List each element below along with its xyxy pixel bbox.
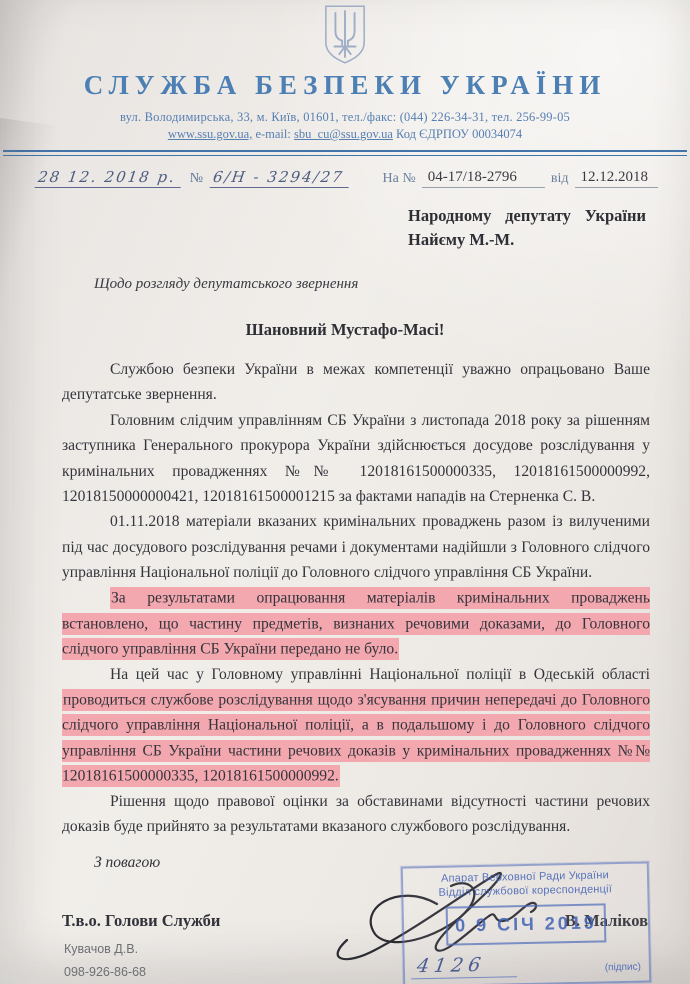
org-address: вул. Володимирська, 33, м. Київ, 01601, … bbox=[0, 110, 690, 125]
registration-stamp: Апарат Верховної Ради України Відділ слу… bbox=[401, 861, 651, 984]
number-sign: № bbox=[190, 171, 203, 188]
highlighted-text-2: проводиться службове розслідування щодо … bbox=[62, 689, 650, 787]
handwritten-outgoing-number: 6/Н - 3294/27 bbox=[210, 168, 351, 188]
stamp-bottom-row: 4126 (підпис) bbox=[411, 951, 643, 980]
stamp-signature-label: (підпис) bbox=[605, 962, 641, 976]
paragraph-1: Службою безпеки України в межах компетен… bbox=[62, 357, 650, 408]
reply-date-label: від bbox=[551, 171, 569, 188]
executor-phone: 098-926-86-68 bbox=[64, 961, 146, 984]
paragraph-6: Рішення щодо правової оцінки за обставин… bbox=[62, 789, 650, 840]
org-website: www.ssu.gov.ua, bbox=[168, 127, 253, 141]
addressee-line2: Найєму М.-М. bbox=[408, 228, 646, 252]
paragraph-5: На цей час у Головному управлінні Націон… bbox=[62, 662, 650, 789]
org-contacts: www.ssu.gov.ua, e-mail: sbu_cu@ssu.gov.u… bbox=[0, 127, 690, 142]
incoming-reference: На № 04-17/18-2796 від 12.12.2018 bbox=[383, 169, 658, 188]
executor-footer: Кувачов Д.В. 098-926-86-68 bbox=[64, 938, 146, 984]
reply-date: 12.12.2018 bbox=[575, 169, 659, 188]
paragraph-2: Головним слідчим управлінням СБ України … bbox=[62, 408, 650, 510]
signer-position: Т.в.о. Голови Служби bbox=[62, 911, 220, 931]
ukraine-trident-emblem-icon bbox=[322, 4, 368, 66]
addressee-line1: Народному депутату України bbox=[408, 204, 646, 228]
highlighted-text-1: За результатами опрацювання матеріалів к… bbox=[62, 587, 650, 660]
subject-line: Щодо розгляду депутатського звернення bbox=[94, 276, 690, 293]
paragraph-4: За результатами опрацювання матеріалів к… bbox=[62, 586, 650, 662]
letter-body: Службою безпеки України в межах компетен… bbox=[62, 357, 650, 840]
outgoing-reference: 28 12. 2018 р. № 6/Н - 3294/27 bbox=[36, 168, 350, 188]
org-edrpou-code: Код ЄДРПОУ 00034074 bbox=[396, 127, 522, 141]
executor-name: Кувачов Д.В. bbox=[64, 938, 146, 961]
paragraph-5-plain: На цей час у Головному управлінні Націон… bbox=[110, 666, 650, 683]
reference-row: 28 12. 2018 р. № 6/Н - 3294/27 На № 04-1… bbox=[36, 168, 658, 188]
email-label: e-mail: bbox=[255, 127, 290, 141]
reply-to-number: 04-17/18-2796 bbox=[422, 169, 545, 188]
paragraph-3: 01.11.2018 матеріали вказаних кримінальн… bbox=[62, 509, 650, 585]
salutation: Шановний Мустафо-Масі! bbox=[0, 320, 690, 340]
scanned-letter-page: СЛУЖБА БЕЗПЕКИ УКРАЇНИ вул. Володимирськ… bbox=[0, 0, 690, 984]
stamp-date: 0 9 СІЧ 2019 bbox=[446, 903, 607, 945]
handwritten-outgoing-date: 28 12. 2018 р. bbox=[35, 168, 184, 188]
reply-to-label: На № bbox=[383, 171, 416, 188]
organization-name: СЛУЖБА БЕЗПЕКИ УКРАЇНИ bbox=[0, 70, 690, 101]
org-email: sbu_cu@ssu.gov.ua bbox=[294, 127, 393, 141]
addressee-block: Народному депутату України Найєму М.-М. bbox=[408, 204, 646, 252]
stamp-incoming-number: 4126 bbox=[411, 953, 521, 979]
letterhead-divider bbox=[3, 150, 687, 156]
letterhead: СЛУЖБА БЕЗПЕКИ УКРАЇНИ вул. Володимирськ… bbox=[0, 4, 690, 156]
